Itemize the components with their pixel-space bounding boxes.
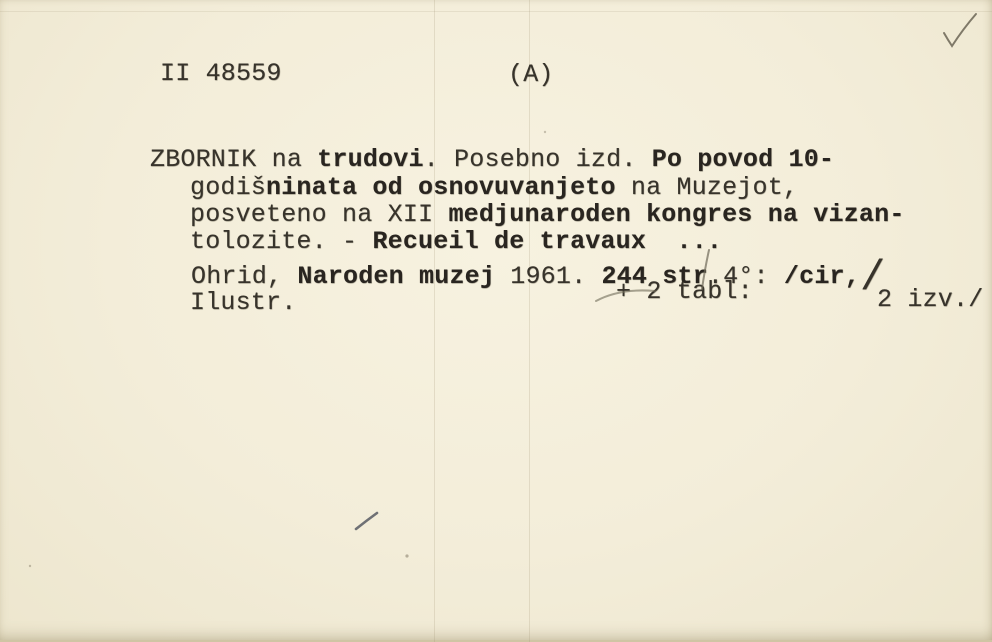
text-segment: /cir, xyxy=(784,262,860,291)
title-line-3: posveteno na XII medjunaroden kongres na… xyxy=(190,202,905,227)
paper-crease-horizontal xyxy=(0,11,992,12)
text-segment: Recueil de travaux ... xyxy=(372,227,722,256)
imprint-line: Ohrid, Naroden muzej 1961. 244 str.4°: /… xyxy=(191,264,860,289)
paper-crease-vertical xyxy=(434,0,435,642)
text-segment: Naroden muzej xyxy=(297,262,495,291)
text-segment: ZBORNIK na xyxy=(150,145,317,174)
section-mark: (A) xyxy=(508,62,554,87)
text-segment: Po povod 10- xyxy=(652,145,834,174)
text-segment: ninata od osnovuvanjeto xyxy=(266,173,616,202)
paper-speck xyxy=(544,131,546,133)
text-segment: posveteno na XII xyxy=(190,200,448,229)
text-segment: . Posebno izd. xyxy=(424,145,652,174)
pencil-slash-mark xyxy=(356,513,377,529)
pencil-annotations xyxy=(0,0,992,642)
text-segment: Ohrid, xyxy=(191,262,297,291)
text-segment: godiš xyxy=(190,173,266,202)
pencil-checkmark-mark xyxy=(944,14,976,46)
paper-speck xyxy=(29,565,31,567)
call-number: II 48559 xyxy=(160,61,282,86)
title-line-2: godišninata od osnovuvanjeto na Muzejot, xyxy=(190,175,798,200)
illustration-note: Ilustr. xyxy=(190,290,296,315)
imprint-insertion: + 2 tabl: xyxy=(616,279,753,304)
text-segment: trudovi xyxy=(317,145,423,174)
title-line-4: tolozite. - Recueil de travaux ... xyxy=(190,229,722,254)
paper-crease-vertical xyxy=(529,0,530,642)
title-line-1: ZBORNIK na trudovi. Posebno izd. Po povo… xyxy=(150,147,834,172)
paper-speck xyxy=(405,554,408,557)
catalog-card: II 48559 (A) ZBORNIK na trudovi. Posebno… xyxy=(0,0,992,642)
copies-note: 2 izv./ xyxy=(877,287,983,312)
text-segment: medjunaroden kongres na vizan- xyxy=(448,200,904,229)
text-segment: na Muzejot, xyxy=(616,173,798,202)
text-segment: tolozite. - xyxy=(190,227,372,256)
text-segment: 1961. xyxy=(495,262,601,291)
